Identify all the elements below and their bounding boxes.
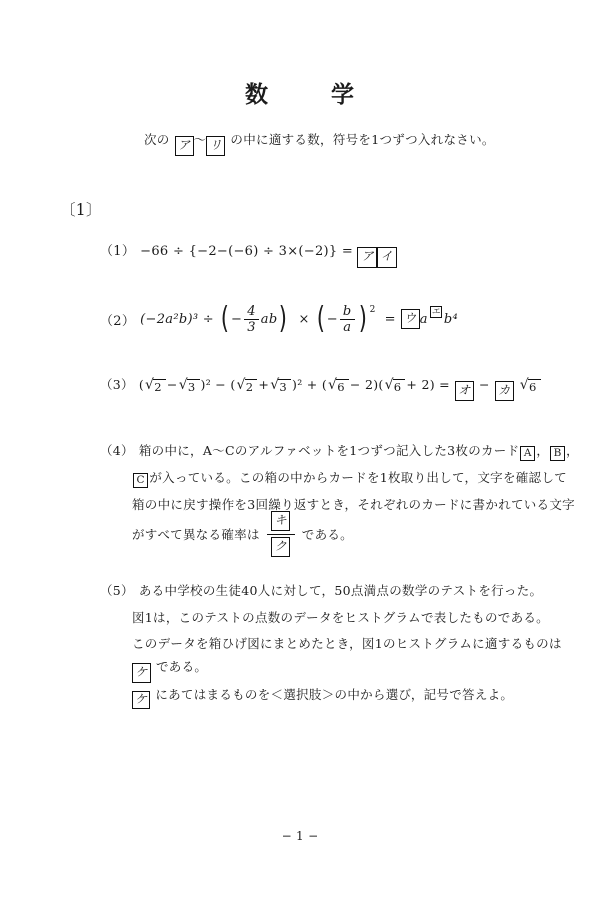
radicand: 2	[153, 379, 166, 394]
radicand: 6	[528, 379, 541, 394]
frag-4: +	[258, 377, 269, 392]
frag-1: (	[139, 377, 144, 392]
problem-5-line-2: 図1は，このテストの点数のデータをヒストグラムで表したものである。	[132, 608, 549, 628]
left-paren-2: (	[317, 304, 325, 334]
problem-5-label: （5）	[100, 583, 134, 598]
problem-4-text-3: 箱の中に戻す操作を3回繰り返すとき，それぞれのカードに書かれている文字	[132, 497, 575, 512]
answer-box-ki: キ	[271, 511, 290, 531]
section-label: 〔1〕	[60, 201, 102, 219]
exponent-2: 2	[370, 305, 376, 315]
instruction-post: の中に適する数，符号を1つずつ入れなさい。	[230, 132, 494, 147]
problem-5-text-1: ある中学校の生徒40人に対して，50点満点の数学のテストを行った。	[139, 583, 542, 598]
equals-sign: =	[385, 312, 396, 327]
problem-1: （1）−66 ÷ {−2−(−6) ÷ 3×(−2)} =アイ	[100, 242, 397, 268]
radicand: 2	[245, 379, 258, 394]
problem-2: （2） (−2a²b)³ ÷ ( − 43 ab ) × ( − ba ) 2 …	[100, 298, 458, 340]
sqrt-2: √2	[145, 378, 166, 394]
instruction-pre: 次の	[144, 132, 170, 147]
right-paren: )	[279, 304, 287, 334]
sqrt-6b: √6	[385, 378, 406, 394]
problem-4-line-1: （4）箱の中に，A～Cのアルファベットを1つずつ記入した3枚のカードA，B，	[100, 441, 579, 461]
frag-5: )² + (	[292, 377, 327, 392]
problem-4-text-1: 箱の中に，A～Cのアルファベットを1つずつ記入した3枚のカード	[139, 443, 520, 458]
radicand: 3	[187, 379, 200, 394]
answer-box-u: ウ	[401, 309, 420, 329]
problem-1-label: （1）	[100, 244, 135, 259]
sqrt-2b: √2	[237, 378, 258, 394]
answer-box-a-ref: ア	[175, 136, 194, 156]
problem-5-text-5: にあてはまるものを＜選択肢＞の中から選び，記号で答えよ。	[155, 687, 513, 702]
problem-5-text-2: 図1は，このテストの点数のデータをヒストグラムで表したものである。	[132, 610, 549, 625]
answer-box-o: オ	[455, 381, 474, 401]
fraction-denominator-a: a	[340, 320, 355, 334]
answer-box-a-i: アイ	[357, 247, 397, 268]
problem-4-line-2: Cが入っている。この箱の中からカードを1枚取り出して，文字を確認して	[132, 468, 567, 488]
minus-sign-2: −	[327, 312, 338, 327]
section-heading: 〔1〕	[60, 200, 102, 220]
problem-4-text-4a: がすべて異なる確率は	[132, 525, 260, 543]
card-box-A: A	[520, 446, 535, 461]
answer-box-ka: カ	[495, 381, 514, 401]
problem-5-line-3: このデータを箱ひげ図にまとめたとき，図1のヒストグラムに適するものは	[132, 634, 562, 654]
problem-5-text-4: である。	[156, 659, 207, 674]
fraction-bar	[267, 534, 295, 535]
problem-2-label: （2）	[100, 310, 135, 329]
fraction-numerator-b: b	[340, 305, 355, 320]
frag-6: − 2)(	[350, 377, 384, 392]
frag-2: −	[167, 377, 178, 392]
variable-a: a	[420, 312, 428, 327]
comma: ，	[536, 443, 549, 458]
reference-box-ke: ケ	[132, 691, 150, 709]
comma: ，	[566, 443, 579, 458]
instruction-tilde: ～	[194, 132, 207, 147]
problem-4-label: （4）	[100, 443, 134, 458]
problem-5-line-1: （5）ある中学校の生徒40人に対して，50点満点の数学のテストを行った。	[100, 581, 542, 601]
title-word-2: 学	[331, 76, 355, 109]
card-box-B: B	[550, 446, 565, 461]
radicand: 3	[278, 379, 291, 394]
fraction-numerator: 4	[244, 305, 259, 320]
sqrt-6c: √6	[520, 378, 541, 394]
right-paren-2: )	[358, 304, 366, 334]
answer-box-e-exponent: エ	[430, 306, 442, 318]
page-title: 数 学	[0, 76, 600, 109]
answer-box-ri-ref: リ	[206, 136, 225, 156]
sqrt-6: √6	[328, 378, 349, 394]
answer-cell-a: ア	[357, 247, 378, 268]
card-box-C: C	[133, 473, 148, 488]
problem-3: （3）(√2−√3)² − (√2+√3)² + (√6− 2)(√6+ 2) …	[100, 375, 542, 401]
problem-5-line-5: ケにあてはまるものを＜選択肢＞の中から選び，記号で答えよ。	[132, 685, 513, 709]
frag-3: )² − (	[201, 377, 236, 392]
times-sign: ×	[299, 312, 310, 327]
term-ab: ab	[261, 312, 278, 327]
fraction-b-a: ba	[340, 305, 355, 334]
fraction-4-3: 43	[244, 305, 259, 334]
instruction-line: 次のア～リの中に適する数，符号を1つずつ入れなさい。	[144, 130, 495, 156]
exam-page: 数 学 次のア～リの中に適する数，符号を1つずつ入れなさい。 〔1〕 （1）−6…	[0, 0, 600, 900]
radicand: 6	[336, 379, 349, 394]
answer-cell-i: イ	[376, 247, 397, 268]
variable-b4: b⁴	[444, 312, 458, 327]
answer-fraction-ki-ku: キ ク	[267, 511, 295, 557]
problem-5-line-4: ケである。	[132, 657, 207, 683]
fraction-denominator: 3	[244, 320, 259, 334]
answer-box-ke: ケ	[132, 663, 151, 683]
sqrt-3: √3	[179, 378, 200, 394]
frag-7: + 2) =	[406, 377, 450, 392]
problem-4-text-2: が入っている。この箱の中からカードを1枚取り出して，文字を確認して	[149, 470, 567, 485]
radicand: 6	[393, 379, 406, 394]
problem-2-term-1: (−2a²b)³ ÷	[140, 312, 214, 327]
page-number: − 1 −	[0, 829, 600, 843]
problem-5-text-3: このデータを箱ひげ図にまとめたとき，図1のヒストグラムに適するものは	[132, 636, 562, 651]
answer-box-ku: ク	[271, 537, 290, 557]
problem-4-line-4: がすべて異なる確率は キ ク である。	[132, 511, 353, 557]
left-paren: (	[221, 304, 229, 334]
frag-8: −	[479, 377, 490, 392]
minus-sign: −	[231, 312, 242, 327]
title-word-1: 数	[245, 76, 269, 109]
problem-1-expression: −66 ÷ {−2−(−6) ÷ 3×(−2)} =	[140, 244, 353, 259]
problem-4-text-4b: である。	[302, 525, 353, 543]
page-number-text: − 1 −	[282, 829, 319, 843]
problem-3-label: （3）	[100, 377, 134, 392]
sqrt-3b: √3	[270, 378, 291, 394]
